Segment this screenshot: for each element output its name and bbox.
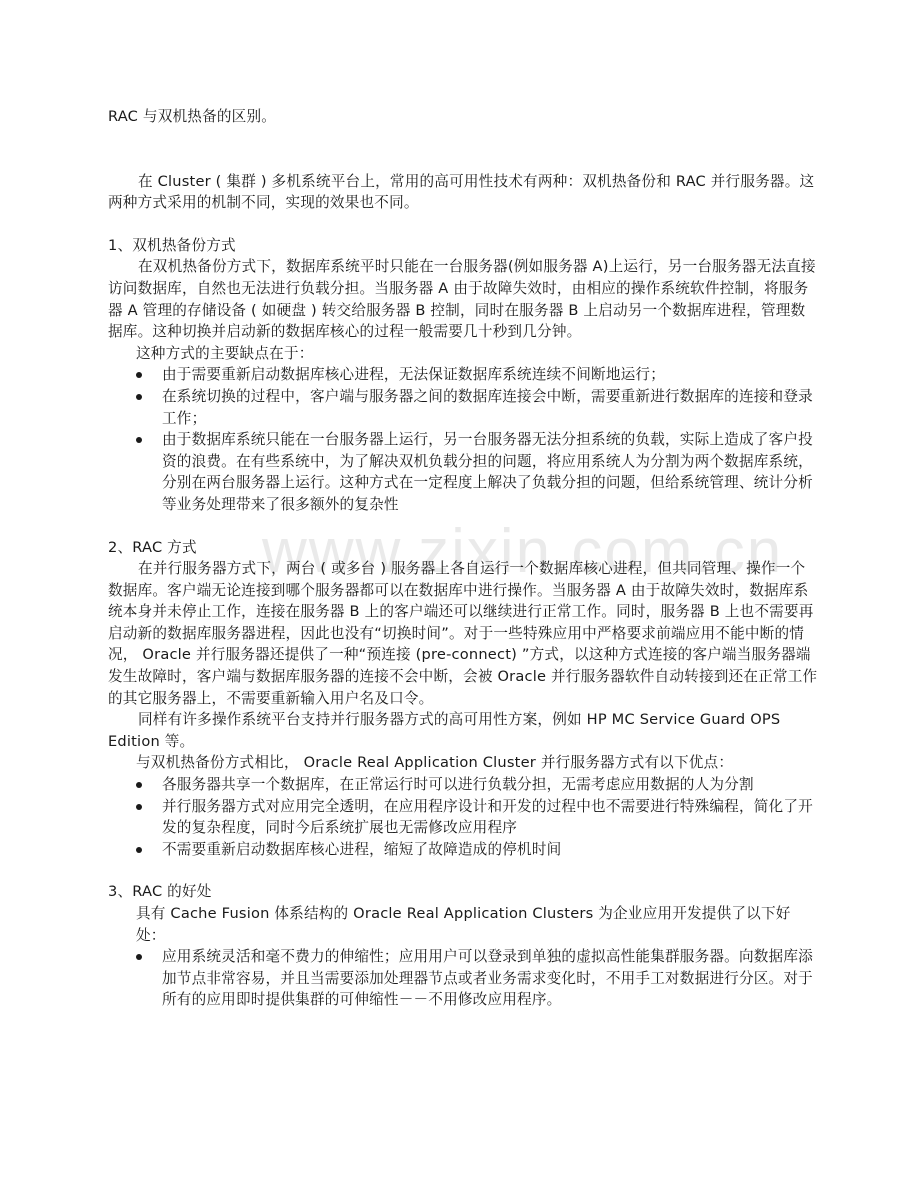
list-item-text: 各服务器共享一个数据库，在正常运行时可以进行负载分担，无需考虑应用数据的人为分割 [162,776,754,793]
document-page: RAC 与双机热备的区别。 在 Cluster ( 集群 ) 多机系统平台上，常… [108,106,820,1011]
list-item: 各服务器共享一个数据库，在正常运行时可以进行负载分担，无需考虑应用数据的人为分割 [108,774,820,796]
list-item: 由于需要重新启动数据库核心进程，无法保证数据库系统连续不间断地运行； [108,364,820,386]
section1-lead: 这种方式的主要缺点在于： [108,343,820,365]
bullet-icon [136,372,142,378]
section1-bullet-list: 由于需要重新启动数据库核心进程，无法保证数据库系统连续不间断地运行； 在系统切换… [108,364,820,515]
intro-paragraph: 在 Cluster ( 集群 ) 多机系统平台上，常用的高可用性技术有两种：双机… [108,171,820,214]
list-item: 在系统切换的过程中，客户端与服务器之间的数据库连接会中断，需要重新进行数据库的连… [108,386,820,429]
bullet-icon [136,847,142,853]
list-item-text: 并行服务器方式对应用完全透明，在应用程序设计和开发的过程中也不需要进行特殊编程，… [162,798,813,837]
section3-heading: 3、RAC 的好处 [108,881,820,903]
list-item: 应用系统灵活和毫不费力的伸缩性；应用用户可以登录到单独的虚拟高性能集群服务器。向… [108,946,820,1011]
document-title: RAC 与双机热备的区别。 [108,106,820,128]
list-item-text: 由于需要重新启动数据库核心进程，无法保证数据库系统连续不间断地运行； [162,366,665,383]
section2-bullet-list: 各服务器共享一个数据库，在正常运行时可以进行负载分担，无需考虑应用数据的人为分割… [108,774,820,860]
section1-paragraph: 在双机热备份方式下，数据库系统平时只能在一台服务器(例如服务器 A)上运行，另一… [108,256,820,342]
list-item-text: 不需要重新启动数据库核心进程，缩短了故障造成的停机时间 [162,841,561,858]
list-item-text: 由于数据库系统只能在一台服务器上运行，另一台服务器无法分担系统的负载，实际上造成… [162,431,813,513]
section2-heading: 2、RAC 方式 [108,537,820,559]
section3-bullet-list: 应用系统灵活和毫不费力的伸缩性；应用用户可以登录到单独的虚拟高性能集群服务器。向… [108,946,820,1011]
bullet-icon [136,804,142,810]
section1-heading: 1、双机热备份方式 [108,235,820,257]
bullet-icon [136,782,142,788]
list-item: 由于数据库系统只能在一台服务器上运行，另一台服务器无法分担系统的负载，实际上造成… [108,429,820,515]
bullet-icon [136,394,142,400]
section2-lead: 与双机热备份方式相比， Oracle Real Application Clus… [108,752,820,774]
list-item: 并行服务器方式对应用完全透明，在应用程序设计和开发的过程中也不需要进行特殊编程，… [108,796,820,839]
section3-lead: 具有 Cache Fusion 体系结构的 Oracle Real Applic… [108,903,820,946]
section2-paragraph-1: 在并行服务器方式下，两台 ( 或多台 ) 服务器上各自运行一个数据库核心进程，但… [108,558,820,709]
section2-paragraph-2: 同样有许多操作系统平台支持并行服务器方式的高可用性方案，例如 HP MC Ser… [108,709,820,752]
bullet-icon [136,437,142,443]
bullet-icon [136,954,142,960]
list-item: 不需要重新启动数据库核心进程，缩短了故障造成的停机时间 [108,839,820,861]
list-item-text: 应用系统灵活和毫不费力的伸缩性；应用用户可以登录到单独的虚拟高性能集群服务器。向… [162,948,813,1008]
list-item-text: 在系统切换的过程中，客户端与服务器之间的数据库连接会中断，需要重新进行数据库的连… [162,388,813,427]
